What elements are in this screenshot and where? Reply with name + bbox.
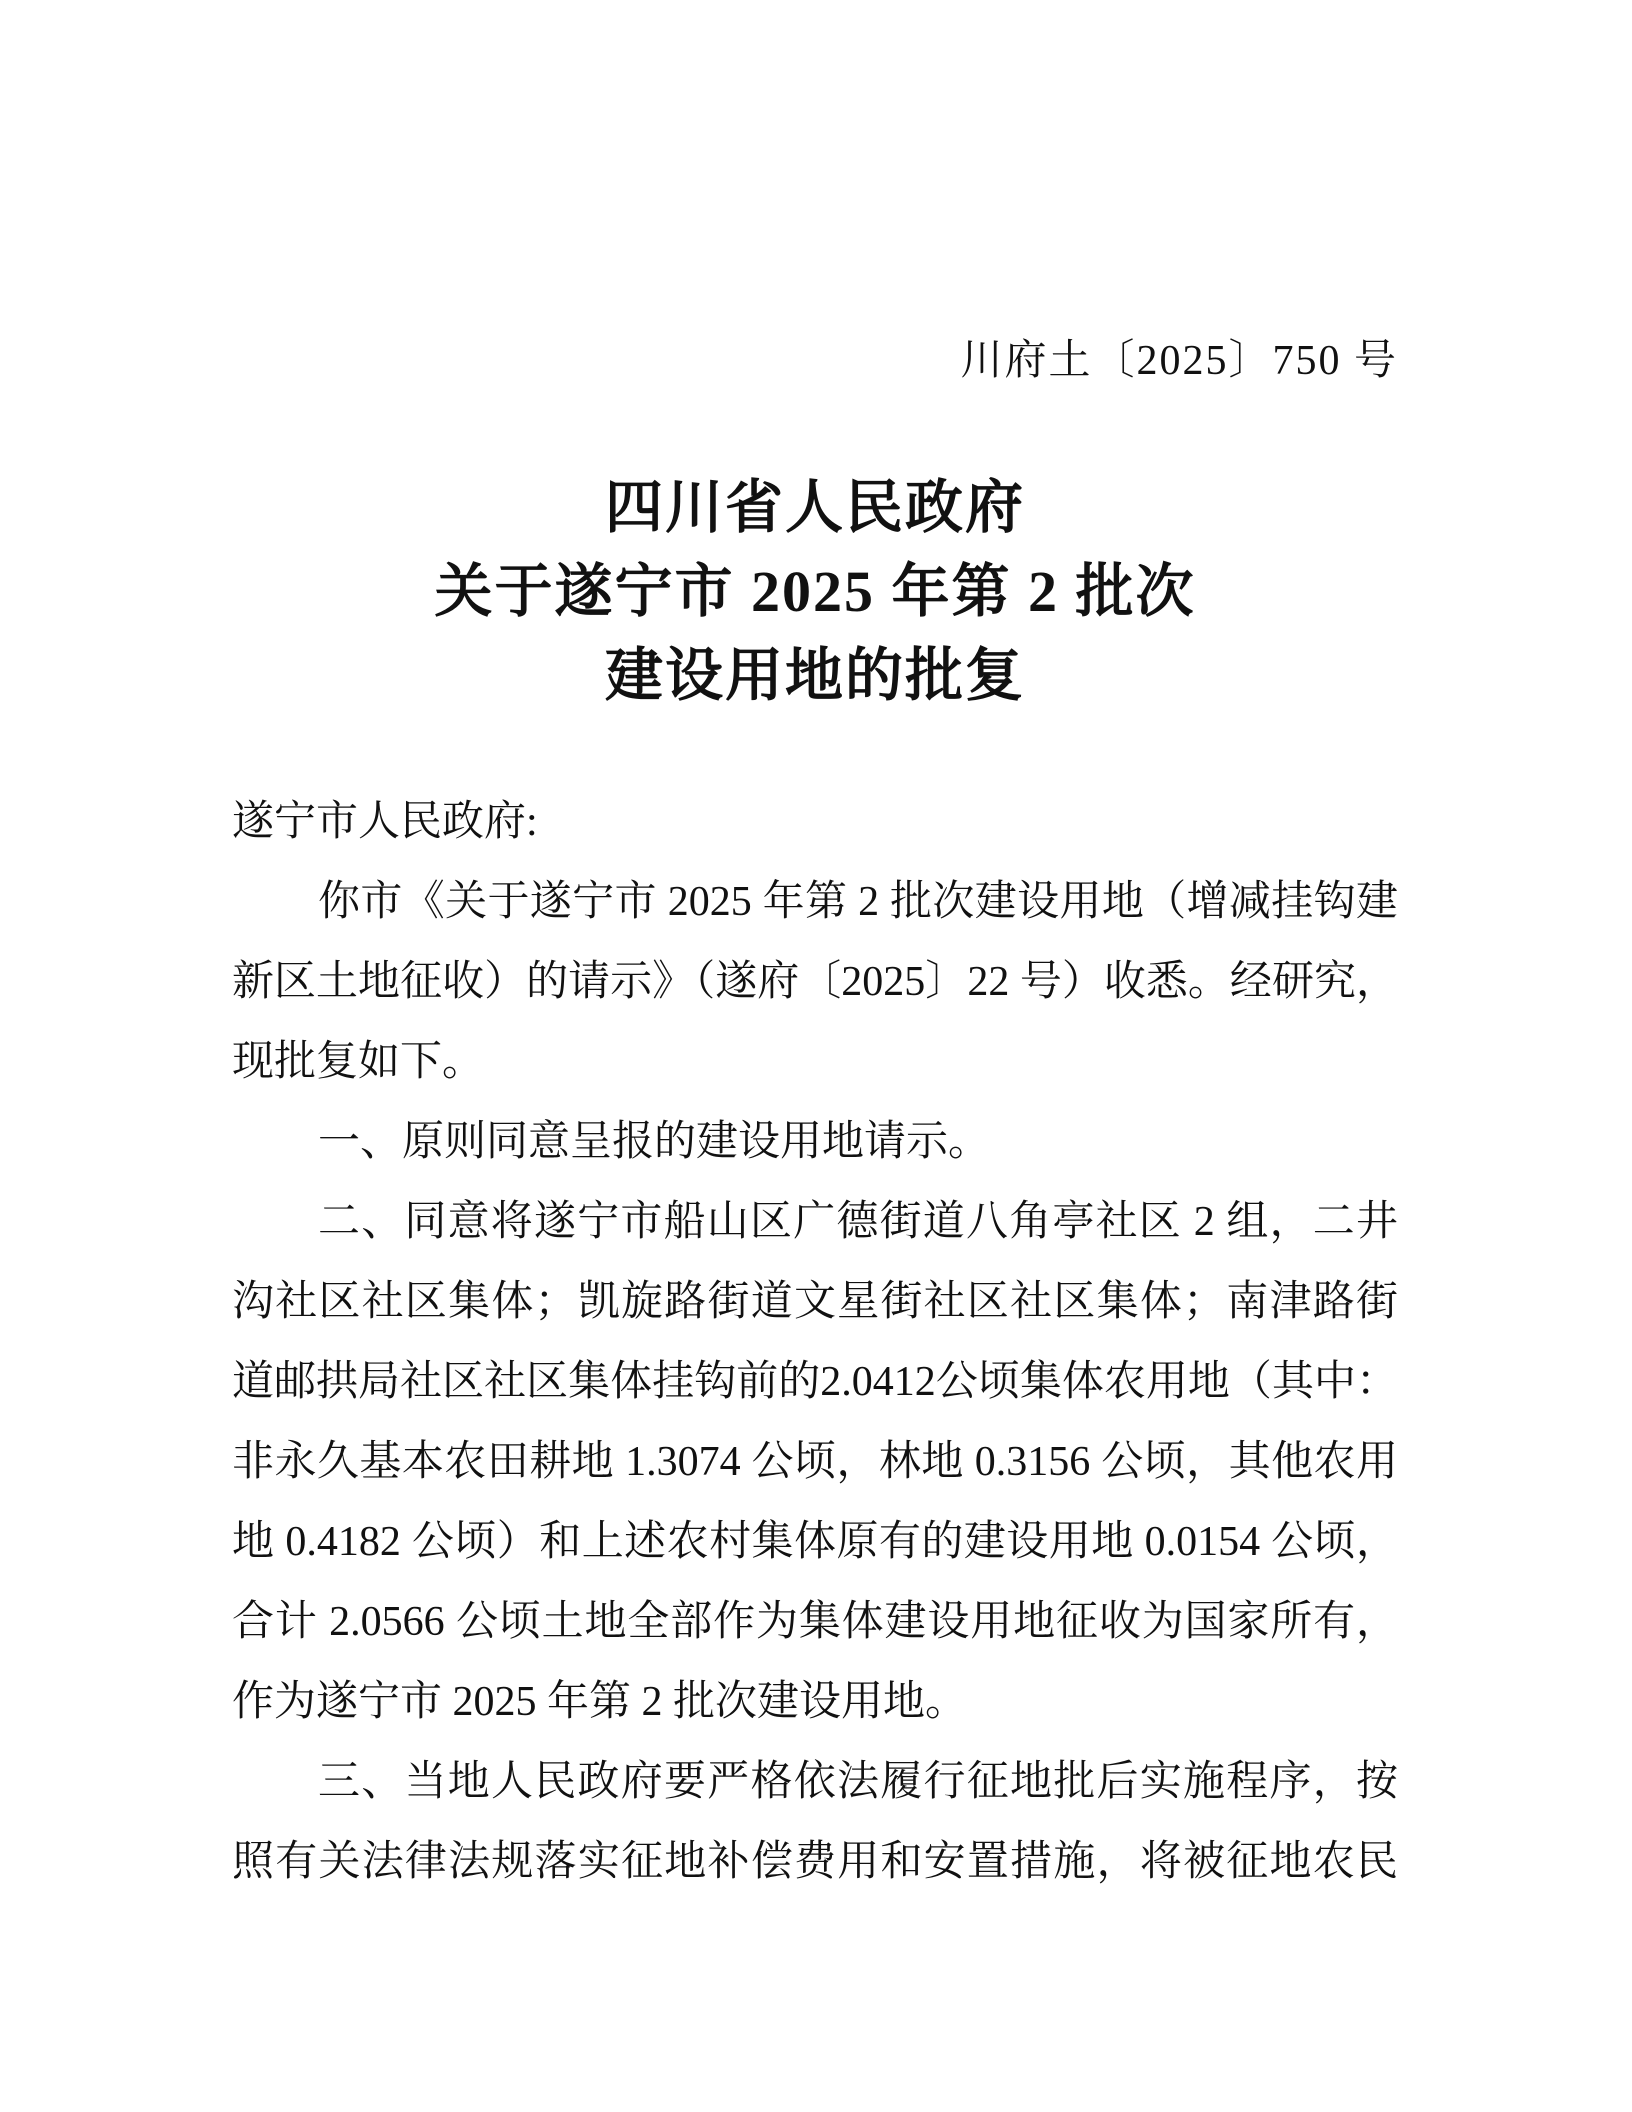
salutation-line: 遂宁市人民政府:	[232, 782, 1398, 862]
body-line: 作为遂宁市 2025 年第 2 批次建设用地。	[232, 1662, 1398, 1742]
body-line: 一、原则同意呈报的建设用地请示。	[232, 1102, 1398, 1182]
body-line: 你市《关于遂宁市 2025 年第 2 批次建设用地（增减挂钩建	[232, 862, 1398, 942]
body-line: 地 0.4182 公顷）和上述农村集体原有的建设用地 0.0154 公顷，	[232, 1502, 1398, 1582]
document-body: 遂宁市人民政府: 你市《关于遂宁市 2025 年第 2 批次建设用地（增减挂钩建…	[232, 782, 1398, 1902]
body-line: 道邮拱局社区社区集体挂钩前的2.0412公顷集体农用地（其中：	[232, 1342, 1398, 1422]
body-line: 二、同意将遂宁市船山区广德街道八角亭社区 2 组，二井	[232, 1182, 1398, 1262]
document-number: 川府土〔2025〕750 号	[232, 0, 1398, 400]
body-line: 新区土地征收）的请示》（遂府〔2025〕22 号）收悉。经研究，	[232, 942, 1398, 1022]
body-line: 照有关法律法规落实征地补偿费用和安置措施，将被征地农民	[232, 1822, 1398, 1902]
document-title: 四川省人民政府 关于遂宁市 2025 年第 2 批次 建设用地的批复	[232, 466, 1398, 718]
document-content: 川府土〔2025〕750 号 四川省人民政府 关于遂宁市 2025 年第 2 批…	[232, 0, 1398, 1902]
title-line-3: 建设用地的批复	[232, 634, 1398, 718]
body-line: 非永久基本农田耕地 1.3074 公顷，林地 0.3156 公顷，其他农用	[232, 1422, 1398, 1502]
document-page: 川府土〔2025〕750 号 四川省人民政府 关于遂宁市 2025 年第 2 批…	[0, 0, 1632, 2112]
body-line: 现批复如下。	[232, 1022, 1398, 1102]
body-line: 三、当地人民政府要严格依法履行征地批后实施程序，按	[232, 1742, 1398, 1822]
body-line: 沟社区社区集体；凯旋路街道文星街社区社区集体；南津路街	[232, 1262, 1398, 1342]
title-line-1: 四川省人民政府	[232, 466, 1398, 550]
body-line: 合计 2.0566 公顷土地全部作为集体建设用地征收为国家所有，	[232, 1582, 1398, 1662]
title-line-2: 关于遂宁市 2025 年第 2 批次	[232, 550, 1398, 634]
